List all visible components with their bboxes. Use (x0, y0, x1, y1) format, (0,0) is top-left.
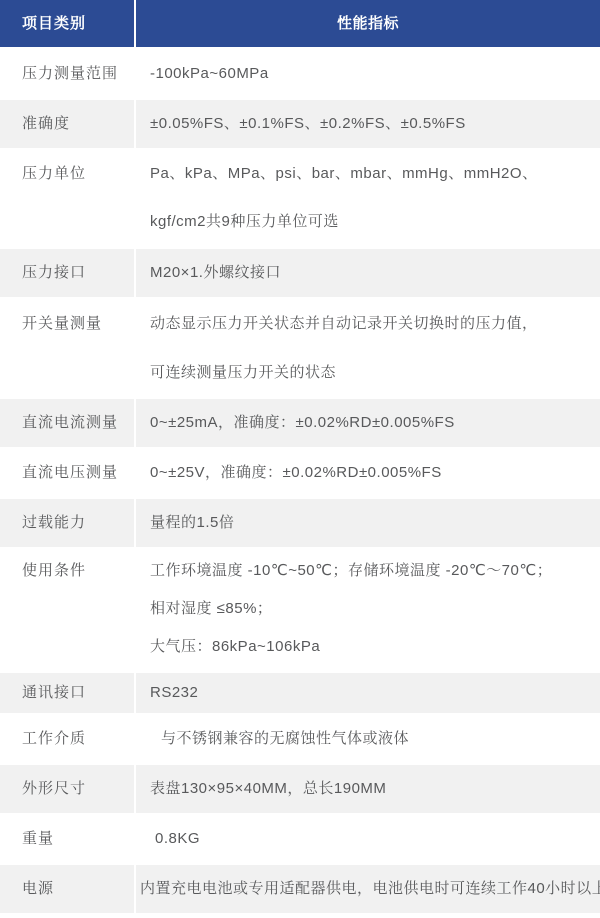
row-value-line: 0~±25mA，准确度：±0.02%RD±0.005%FS (150, 399, 600, 447)
row-value: M20×1.外螺纹接口 (134, 249, 600, 297)
table-row: 开关量测量 动态显示压力开关状态并自动记录开关切换时的压力值， 可连续测量压力开… (0, 299, 600, 397)
table-header-row: 项目类别 性能指标 (0, 0, 600, 47)
row-value-line: M20×1.外螺纹接口 (150, 249, 600, 297)
row-value-line: 相对湿度 ≤85%； (150, 590, 600, 628)
row-value-line: 可连续测量压力开关的状态 (150, 348, 600, 397)
row-value: 内置充电电池或专用适配器供电，电池供电时可连续工作40小时以上 (134, 865, 600, 913)
table-row: 过载能力 量程的1.5倍 (0, 499, 600, 547)
table-row: 工作介质 与不锈钢兼容的无腐蚀性气体或液体 (0, 715, 600, 763)
table-row: 压力测量范围 -100kPa~60MPa (0, 49, 600, 98)
row-value-line: 大气压：86kPa~106kPa (150, 628, 600, 666)
row-label: 使用条件 (0, 549, 134, 671)
row-value-line: 0~±25V，准确度：±0.02%RD±0.005%FS (150, 449, 600, 497)
row-value: -100kPa~60MPa (134, 49, 600, 98)
row-value-line: 表盘130×95×40MM，总长190MM (150, 765, 600, 813)
row-value-line: 与不锈钢兼容的无腐蚀性气体或液体 (161, 715, 600, 763)
row-label: 过载能力 (0, 499, 134, 547)
row-value-line: 工作环境温度 -10℃~50℃；存储环境温度 -20℃～70℃； (150, 552, 600, 590)
row-value: 量程的1.5倍 (134, 499, 600, 547)
row-value: ±0.05%FS、±0.1%FS、±0.2%FS、±0.5%FS (134, 100, 600, 148)
table-row: 使用条件 工作环境温度 -10℃~50℃；存储环境温度 -20℃～70℃； 相对… (0, 549, 600, 671)
row-value-line: Pa、kPa、MPa、psi、bar、mbar、mmHg、mmH2O、 (150, 150, 600, 198)
table-row: 重量 0.8KG (0, 815, 600, 863)
row-label: 重量 (0, 815, 134, 863)
table-row: 通讯接口 RS232 (0, 673, 600, 713)
row-label: 开关量测量 (0, 299, 134, 397)
row-label: 压力测量范围 (0, 49, 134, 98)
row-label: 通讯接口 (0, 673, 134, 713)
row-value: 表盘130×95×40MM，总长190MM (134, 765, 600, 813)
table-row: 直流电流测量 0~±25mA，准确度：±0.02%RD±0.005%FS (0, 399, 600, 447)
row-value: 0.8KG (134, 815, 600, 863)
row-label: 直流电流测量 (0, 399, 134, 447)
table-row: 电源 内置充电电池或专用适配器供电，电池供电时可连续工作40小时以上 (0, 865, 600, 913)
row-value-line: kgf/cm2共9种压力单位可选 (150, 198, 600, 246)
row-label: 压力单位 (0, 150, 134, 247)
row-value: 0~±25V，准确度：±0.02%RD±0.005%FS (134, 449, 600, 497)
row-value-line: ±0.05%FS、±0.1%FS、±0.2%FS、±0.5%FS (150, 100, 600, 148)
row-value-line: 动态显示压力开关状态并自动记录开关切换时的压力值， (150, 299, 600, 348)
row-value-line: RS232 (150, 673, 600, 713)
row-value: 工作环境温度 -10℃~50℃；存储环境温度 -20℃～70℃； 相对湿度 ≤8… (134, 549, 600, 671)
row-label: 直流电压测量 (0, 449, 134, 497)
row-value-line: -100kPa~60MPa (150, 49, 600, 98)
row-label: 准确度 (0, 100, 134, 148)
spec-table: 项目类别 性能指标 压力测量范围 -100kPa~60MPa 准确度 ±0.05… (0, 0, 600, 918)
table-row: 压力接口 M20×1.外螺纹接口 (0, 249, 600, 297)
table-row: 准确度 ±0.05%FS、±0.1%FS、±0.2%FS、±0.5%FS (0, 100, 600, 148)
row-value-line: 内置充电电池或专用适配器供电，电池供电时可连续工作40小时以上 (140, 865, 600, 913)
row-label: 工作介质 (0, 715, 134, 763)
table-row: 直流电压测量 0~±25V，准确度：±0.02%RD±0.005%FS (0, 449, 600, 497)
row-value: 动态显示压力开关状态并自动记录开关切换时的压力值， 可连续测量压力开关的状态 (134, 299, 600, 397)
table-row: 外形尺寸 表盘130×95×40MM，总长190MM (0, 765, 600, 813)
row-value-line: 0.8KG (155, 815, 600, 863)
row-value: RS232 (134, 673, 600, 713)
header-col-category: 项目类别 (0, 0, 134, 47)
table-row: 压力单位 Pa、kPa、MPa、psi、bar、mbar、mmHg、mmH2O、… (0, 150, 600, 247)
row-value: Pa、kPa、MPa、psi、bar、mbar、mmHg、mmH2O、 kgf/… (134, 150, 600, 247)
row-value: 0~±25mA，准确度：±0.02%RD±0.005%FS (134, 399, 600, 447)
header-col-spec: 性能指标 (134, 0, 600, 47)
row-label: 压力接口 (0, 249, 134, 297)
row-value-line: 量程的1.5倍 (150, 499, 600, 547)
row-label: 电源 (0, 865, 134, 913)
row-value: 与不锈钢兼容的无腐蚀性气体或液体 (134, 715, 600, 763)
row-label: 外形尺寸 (0, 765, 134, 813)
